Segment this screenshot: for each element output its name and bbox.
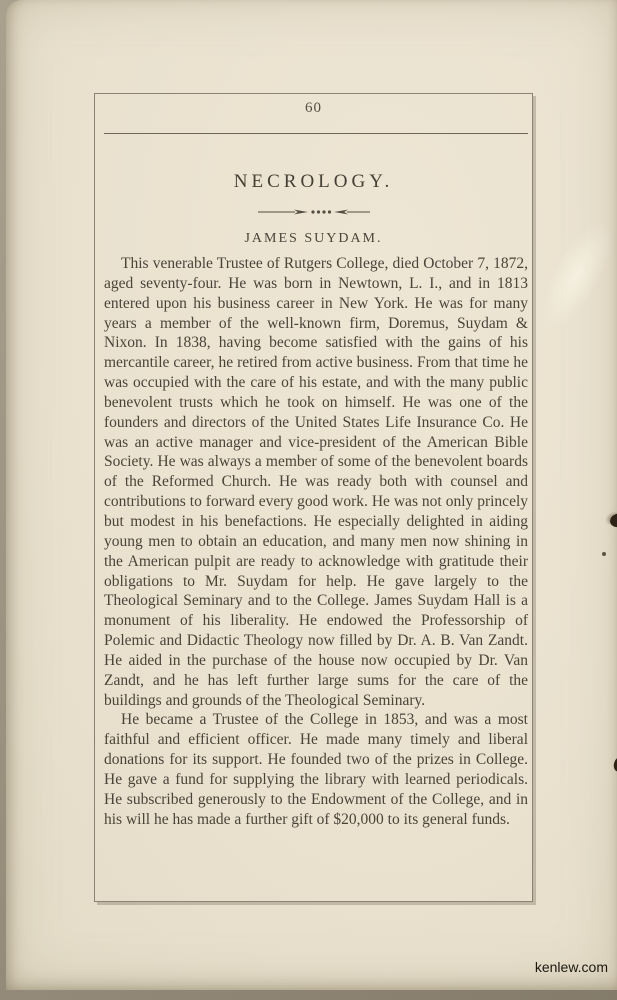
article-body: This venerable Trustee of Rutgers Colleg… bbox=[104, 254, 528, 829]
page-frame: 60 NECROLOGY. JAMES SUYDAM. This venerab… bbox=[94, 93, 533, 902]
scan-backdrop: 60 NECROLOGY. JAMES SUYDAM. This venerab… bbox=[0, 0, 617, 1000]
page-number: 60 bbox=[95, 100, 532, 117]
ink-speck bbox=[602, 552, 606, 556]
section-title: NECROLOGY. bbox=[95, 171, 532, 193]
watermark: kenlew.com bbox=[535, 959, 608, 975]
paragraph: He became a Trustee of the College in 18… bbox=[104, 710, 528, 829]
paper-fold-highlight bbox=[529, 211, 617, 339]
paragraph: This venerable Trustee of Rutgers Colleg… bbox=[104, 254, 528, 710]
ink-spot bbox=[608, 512, 617, 530]
book-page: 60 NECROLOGY. JAMES SUYDAM. This venerab… bbox=[6, 0, 617, 990]
header-rule bbox=[104, 133, 528, 134]
ornament-divider-icon bbox=[95, 204, 532, 222]
person-heading: JAMES SUYDAM. bbox=[95, 231, 532, 247]
ink-spot bbox=[613, 755, 617, 773]
